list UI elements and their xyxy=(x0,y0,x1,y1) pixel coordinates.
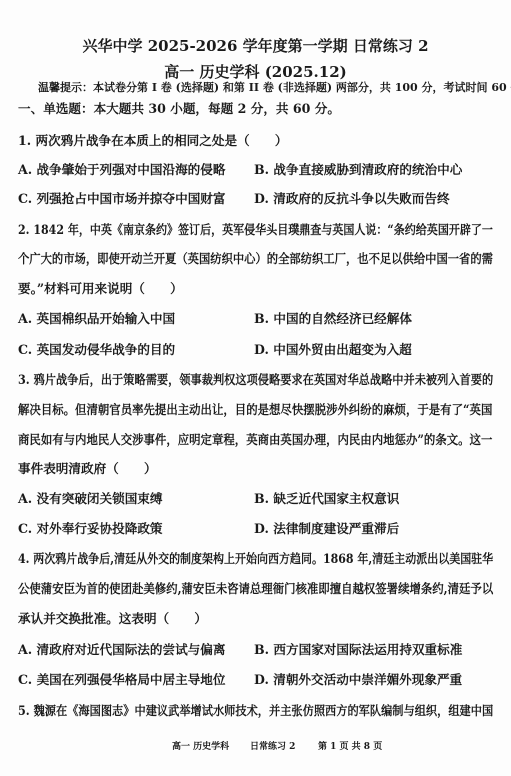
section-heading: 一、单选题：本大题共 30 小题，每题 2 分，共 60 分。 xyxy=(18,101,340,117)
question-4-option-b: B. 西方国家对国际法运用持双重标准 xyxy=(254,642,462,658)
question-4-stem-line-1: 4. 两次鸦片战争后,清廷从外交的制度架构上开始向西方趋同。1868 年,清廷主… xyxy=(18,551,493,567)
question-2-option-a: A. 英国棉织品开始输入中国 xyxy=(18,311,175,327)
question-4-stem-line-2: 公使蒲安臣为首的使团赴美修约,蒲安臣未咨请总理衙门核准即擅自越权签署续增条约,清… xyxy=(18,581,493,597)
question-3-option-b: B. 缺乏近代国家主权意识 xyxy=(254,491,399,507)
question-4-option-c: C. 美国在列强侵华格局中居主导地位 xyxy=(18,672,225,688)
question-4-option-a: A. 清政府对近代国际法的尝试与偏离 xyxy=(18,642,225,658)
question-1-option-a: A. 战争肇始于列强对中国沿海的侵略 xyxy=(18,162,225,178)
question-2-stem-line-1: 2. 1842 年，中英《南京条约》签订后，英军侵华头目璞鼎查与英国人说：“条约… xyxy=(18,222,493,238)
question-3-option-c: C. 对外奉行妥协投降政策 xyxy=(18,521,163,537)
footer-exercise: 日常练习 2 xyxy=(250,741,295,753)
question-3-stem-line-4: 事件表明清政府（ ） xyxy=(18,461,157,477)
question-2-option-d: D. 中国外贸由出超变为入超 xyxy=(254,342,412,358)
footer-page-number: 第 1 页 共 8 页 xyxy=(318,741,382,753)
question-1-option-c: C. 列强抢占中国市场并掠夺中国财富 xyxy=(18,191,225,207)
footer-subject: 高一 历史学科 xyxy=(172,741,229,753)
question-2-option-c: C. 英国发动侵华战争的目的 xyxy=(18,342,175,358)
question-1-option-d: D. 清政府的反抗斗争以失败而告终 xyxy=(254,191,450,207)
question-3-stem-line-3: 商民如有与内地民人交涉事件，应明定章程，英商由英国办理，内民由内地惩办”的条文。… xyxy=(18,432,492,448)
question-4-option-d: D. 清朝外交活动中崇洋媚外现象严重 xyxy=(254,672,462,688)
question-5-stem-line-1: 5. 魏源在《海国图志》中建议武举增试水师技术，并主张仿照西方的军队编制与组织，… xyxy=(18,703,493,719)
question-1-option-b: B. 战争直接威胁到清政府的统治中心 xyxy=(254,162,462,178)
question-2-stem-line-3: 要。”材料可用来说明（ ） xyxy=(18,281,183,297)
question-2-stem-line-2: 个广大的市场，即使开动兰开夏（英国纺织中心）的全部纺织工厂，也不足以供给中国一省… xyxy=(18,251,493,267)
question-3-option-d: D. 法律制度建设严重滞后 xyxy=(254,521,399,537)
question-3-option-a: A. 没有突破闭关锁国束缚 xyxy=(18,491,162,507)
question-4-stem-line-3: 承认并交换批准。这表明（ ） xyxy=(18,611,207,627)
question-2-option-b: B. 中国的自然经济已经解体 xyxy=(254,311,412,327)
question-3-stem-line-1: 3. 鸦片战争后，出于策略需要，领事裁判权这项侵略要求在英国对华总战略中并未被列… xyxy=(18,372,493,388)
exam-page: 兴华中学 2025-2026 学年度第一学期 日常练习 2 高一 历史学科 (2… xyxy=(0,0,511,776)
exam-title: 兴华中学 2025-2026 学年度第一学期 日常练习 2 xyxy=(0,36,511,56)
exam-tip: 温馨提示：本试卷分第 I 卷 (选择题) 和第 II 卷 (非选择题) 两部分，… xyxy=(38,80,511,96)
question-3-stem-line-2: 解决目标。但清朝官员率先提出主动出让，目的是想尽快摆脱涉外纠纷的麻烦，于是有了“… xyxy=(18,402,492,418)
exam-subtitle: 高一 历史学科 (2025.12) xyxy=(0,62,511,82)
question-1-stem: 1. 两次鸦片战争在本质上的相同之处是（ ） xyxy=(18,133,287,149)
